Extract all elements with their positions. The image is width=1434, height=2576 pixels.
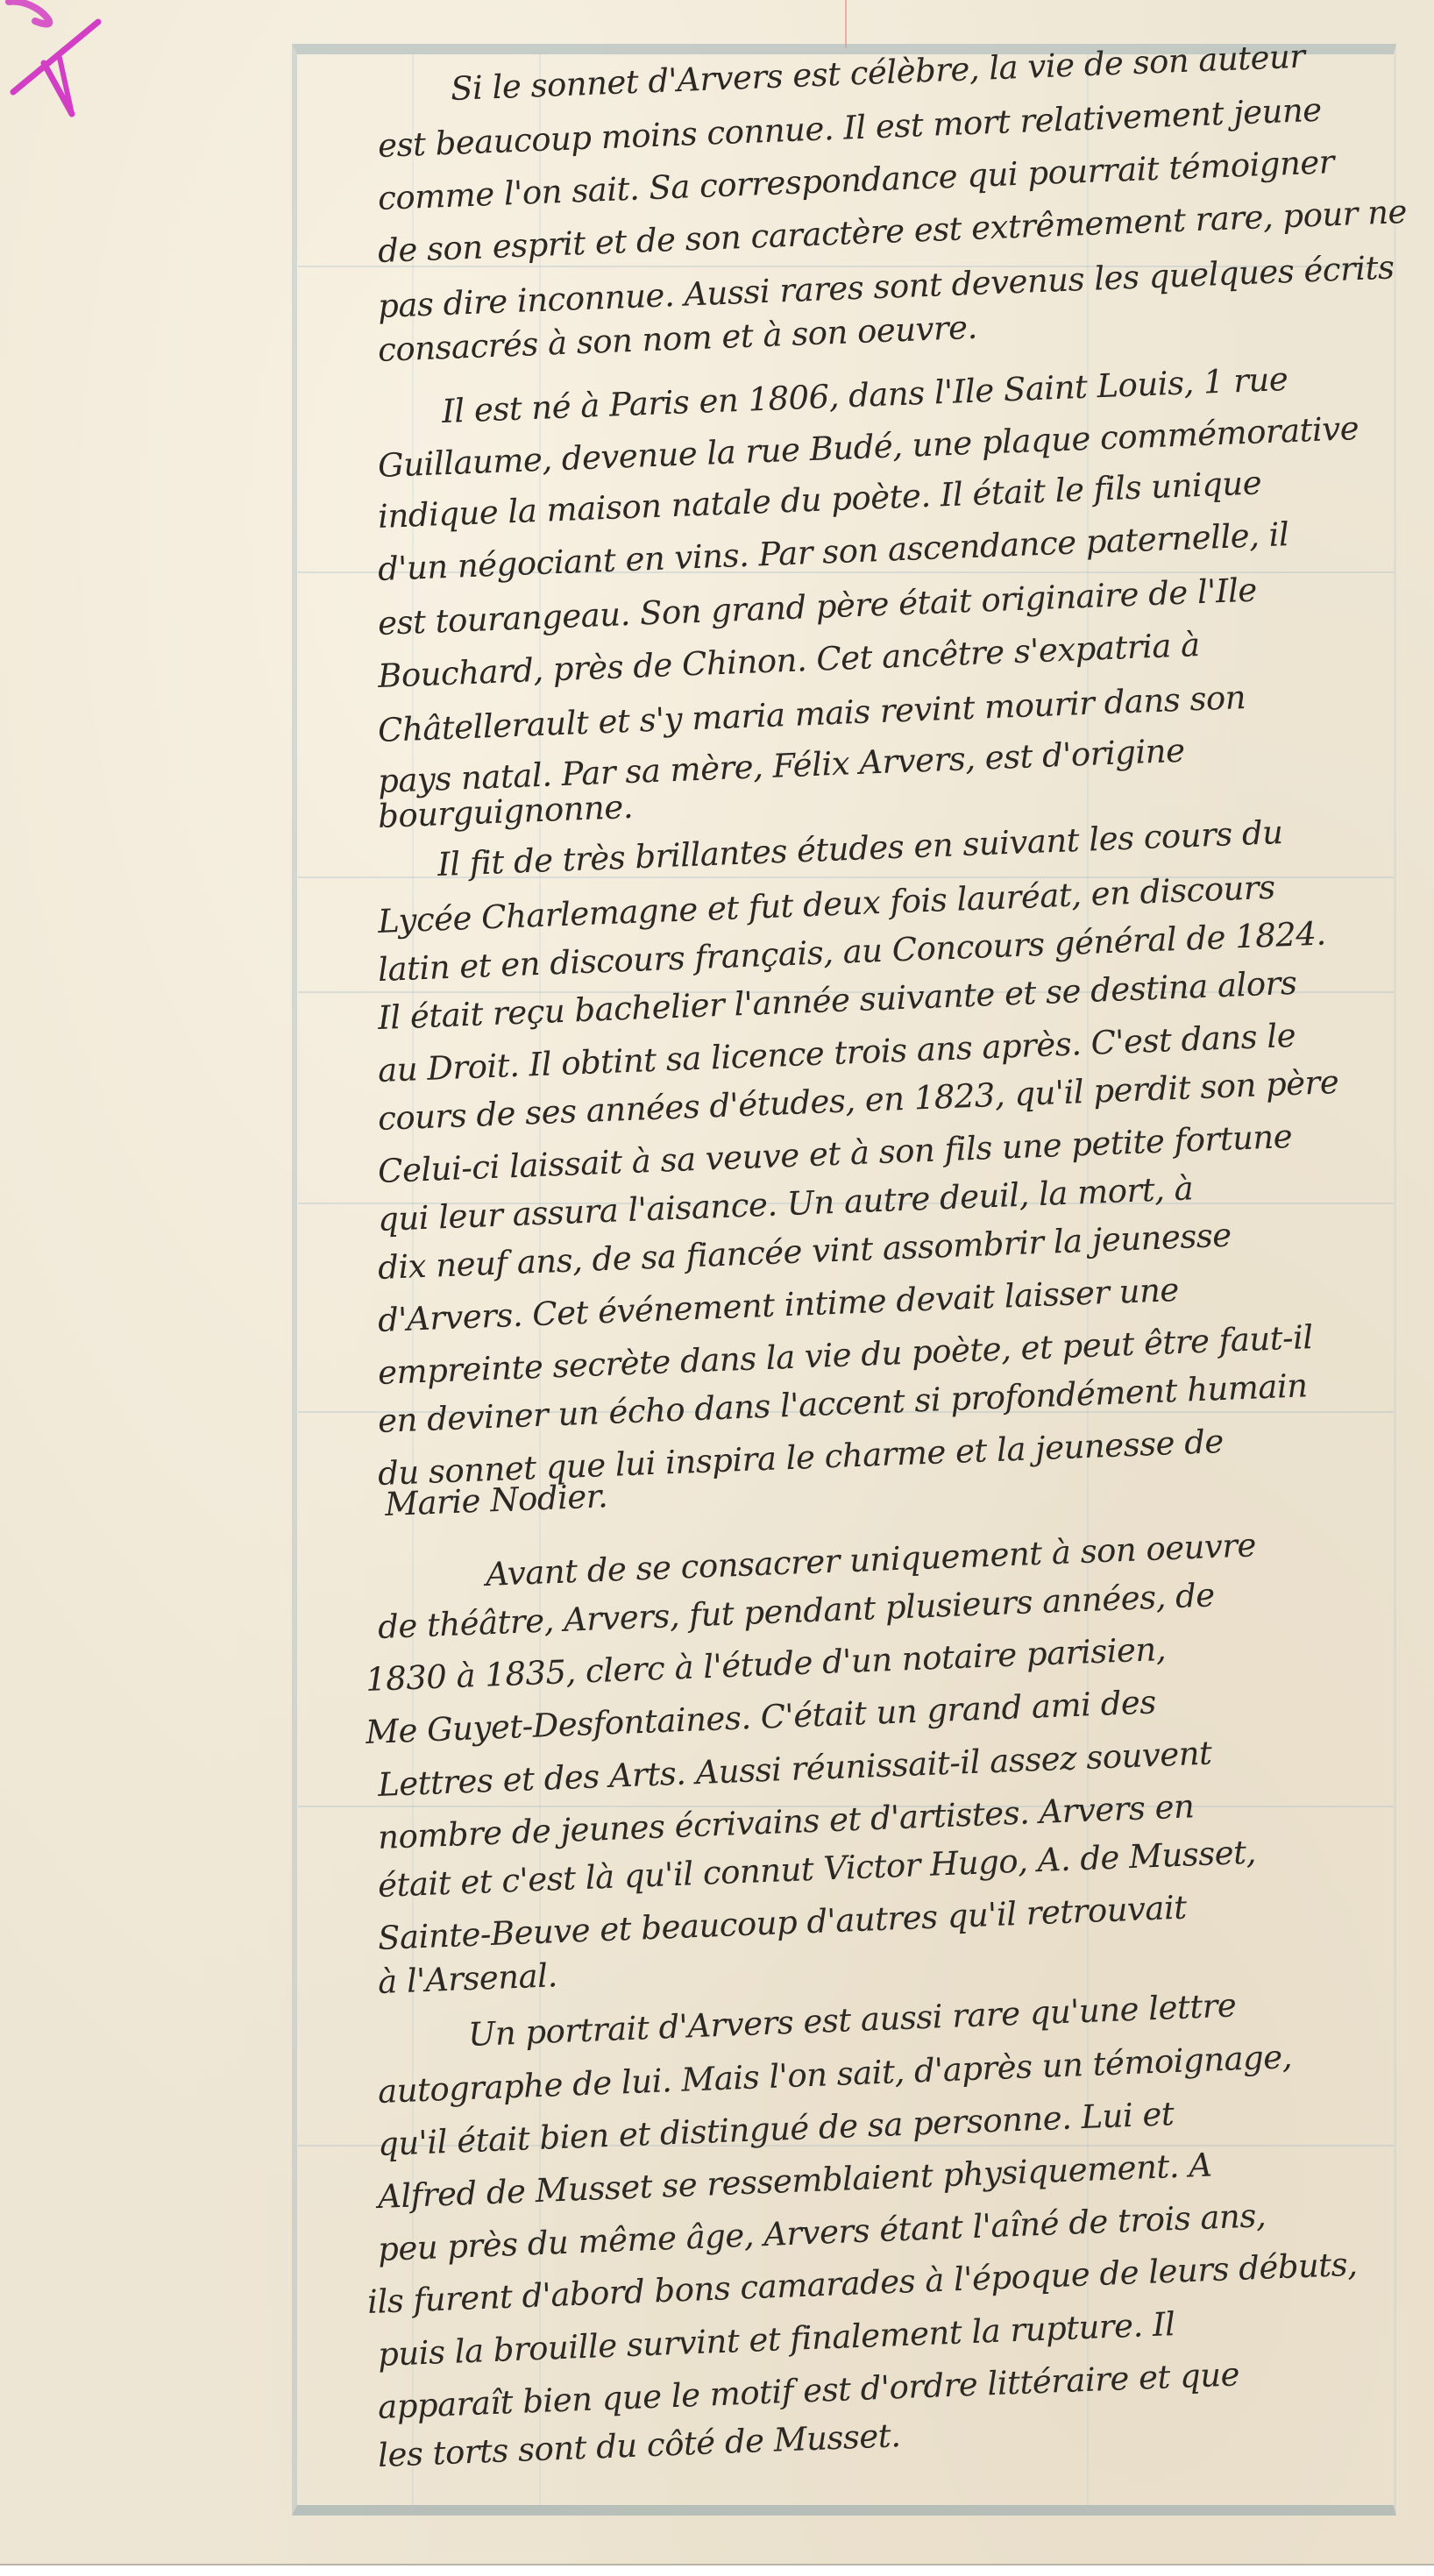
scan-bottom-edge <box>0 2564 1434 2576</box>
margin-pink-rule <box>845 0 847 48</box>
margin-annotation-mark-icon <box>0 0 114 123</box>
manuscript-line: à l'Arsenal. <box>377 1956 557 2001</box>
manuscript-page: Si le sonnet d'Arvers est célèbre, la vi… <box>0 0 1434 2576</box>
